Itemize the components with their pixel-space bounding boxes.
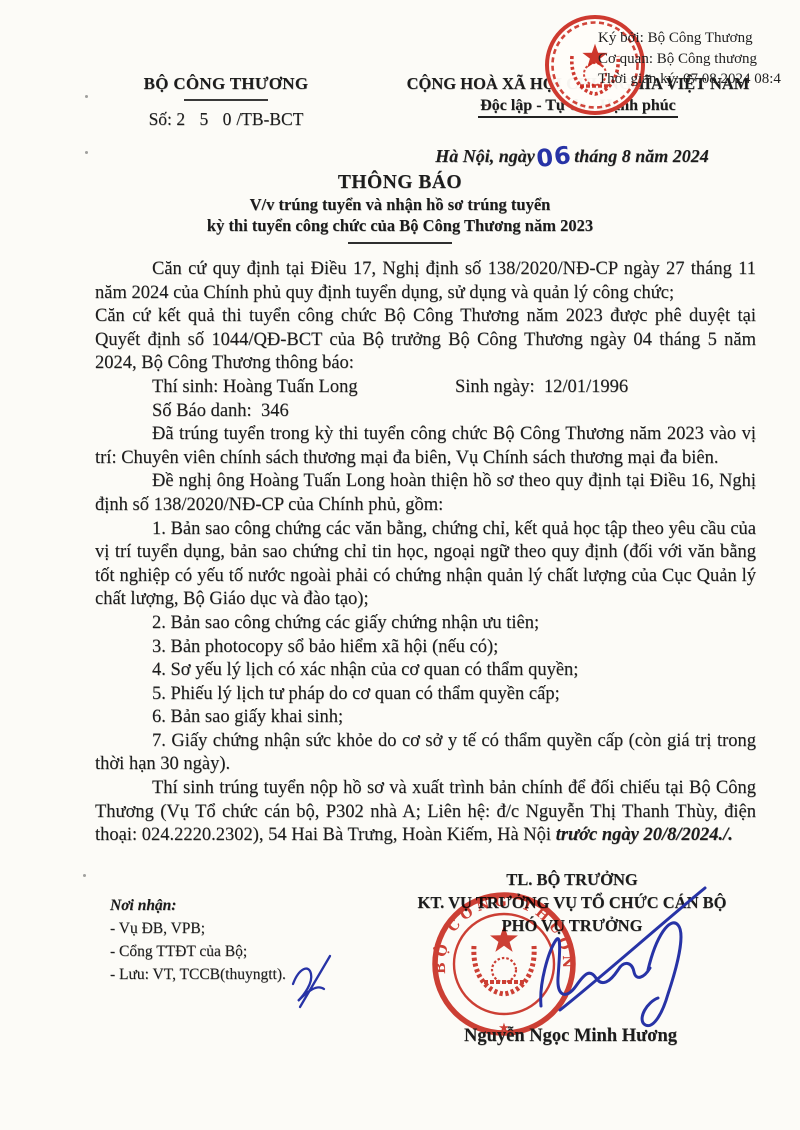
digital-signature-info: Ký bởi: Bộ Công Thương Cơ quan: Bộ Công … (598, 28, 800, 90)
recipient-item: - Vụ ĐB, VPB; (110, 917, 370, 940)
title-block: THÔNG BÁO V/v trúng tuyển và nhận hồ sơ … (0, 172, 800, 244)
handwritten-day: 06 (535, 141, 574, 173)
candidate-label: Thí sinh: Hoàng Tuấn Long (95, 377, 358, 397)
required-document-item: 2. Bản sao công chứng các giấy chứng nhậ… (95, 612, 756, 636)
document-number-label: Số: (149, 109, 172, 129)
registration-number-value: 346 (261, 401, 289, 421)
registration-number-label: Số Báo danh: 346 (95, 401, 289, 421)
required-document-item: 5. Phiếu lý lịch tư pháp do cơ quan có t… (95, 683, 756, 707)
paragraph-request: Đề nghị ông Hoàng Tuấn Long hoàn thiện h… (95, 470, 756, 517)
required-document-item: 4. Sơ yếu lý lịch có xác nhận của cơ qua… (95, 659, 756, 683)
candidate-name: Hoàng Tuấn Long (223, 377, 358, 397)
document-body: Căn cứ quy định tại Điều 17, Nghị định s… (95, 258, 756, 848)
place-date-line: Hà Nội, ngày06tháng 8 năm 2024 (402, 140, 742, 168)
org-underline (184, 99, 268, 101)
dob-field: Sinh ngày: 12/01/1996 (455, 376, 628, 400)
place-date-prefix: Hà Nội, ngày (435, 146, 535, 166)
header-left: BỘ CÔNG THƯƠNG Số: 2 5 0/TB-BCT (104, 74, 348, 130)
scan-speck (85, 151, 88, 154)
digsig-signed-by: Ký bởi: Bộ Công Thương (598, 28, 800, 49)
required-document-item: 3. Bản photocopy sổ bảo hiểm xã hội (nếu… (95, 636, 756, 660)
required-document-item: 6. Bản sao giấy khai sinh; (95, 706, 756, 730)
required-document-item: 7. Giấy chứng nhận sức khỏe do cơ sở y t… (95, 730, 756, 777)
scanned-document-page: BỘ CÔNG THƯƠNG Số: 2 5 0/TB-BCT CỘNG HOÀ… (0, 0, 800, 1130)
place-date-suffix: tháng 8 năm 2024 (574, 146, 709, 166)
document-number-suffix: /TB-BCT (236, 109, 303, 129)
document-title: THÔNG BÁO (0, 172, 800, 194)
digsig-time: Thời gian ký: 07.08.2024 08:4 (598, 69, 800, 90)
signer-name: Nguyễn Ngọc Minh Hương (428, 1026, 713, 1047)
paragraph-legal-basis-1: Căn cứ quy định tại Điều 17, Nghị định s… (95, 258, 756, 305)
title-rule (348, 242, 452, 244)
document-number: Số: 2 5 0/TB-BCT (104, 109, 348, 130)
scan-speck (83, 874, 86, 877)
recipients-label: Nơi nhận: (110, 894, 370, 917)
required-document-item: 1. Bản sao công chứng các văn bằng, chứn… (95, 518, 756, 612)
dob-value: 12/01/1996 (544, 377, 628, 397)
digsig-agency: Cơ quan: Bộ Công thương (598, 49, 800, 70)
paragraph-result: Đã trúng tuyển trong kỳ thi tuyển công c… (95, 423, 756, 470)
issuing-org: BỘ CÔNG THƯƠNG (104, 74, 348, 94)
paragraph-submission: Thí sinh trúng tuyển nộp hồ sơ và xuất t… (95, 777, 756, 848)
registration-number-line: Số Báo danh: 346 (95, 400, 756, 424)
document-subtitle-2: kỳ thi tuyển công chức của Bộ Công Thươn… (0, 215, 800, 236)
document-number-digits: 2 5 0 (176, 109, 236, 129)
deadline-emphasis: trước ngày 20/8/2024./. (556, 825, 733, 845)
paragraph-legal-basis-2: Căn cứ kết quả thi tuyển công chức Bộ Cô… (95, 305, 756, 376)
clerk-initials-paraph (283, 950, 337, 1014)
handwritten-signature (498, 874, 716, 1042)
dob-label: Sinh ngày: (455, 377, 535, 397)
scan-speck (85, 95, 88, 98)
candidate-line: Thí sinh: Hoàng Tuấn Long Sinh ngày: 12/… (95, 376, 756, 400)
document-subtitle-1: V/v trúng tuyển và nhận hồ sơ trúng tuyể… (0, 194, 800, 215)
